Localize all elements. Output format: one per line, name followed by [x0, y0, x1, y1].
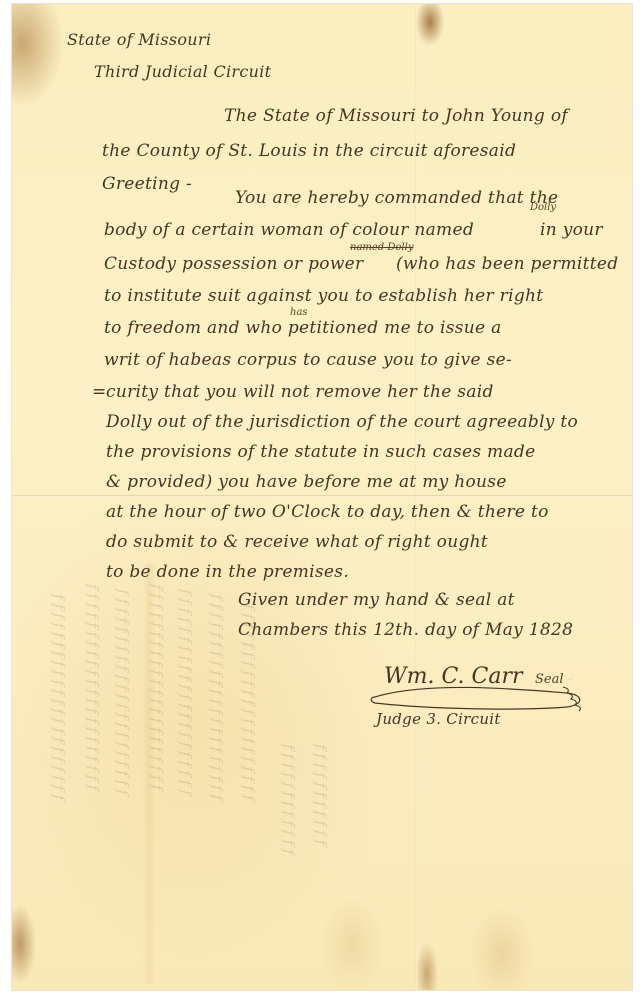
- body-line: The State of Missouri to John Young of: [224, 108, 568, 125]
- header-circuit: Third Judicial Circuit: [94, 64, 271, 80]
- insertion-dolly: Dolly: [530, 202, 556, 213]
- body-line: You are hereby commanded that the: [235, 190, 558, 207]
- bleed-through-writing: ffffffffffffffffffffff: [208, 594, 226, 974]
- bleed-through-writing: fffffffffff: [312, 744, 330, 984]
- document-page: ffffffffffffffffffffff fffffffffffffffff…: [12, 4, 632, 990]
- bleed-through-writing: ffffffffffffffffffffff: [50, 594, 68, 974]
- body-line: to institute suit against you to establi…: [104, 288, 543, 305]
- bleed-through-writing: ffffffffffffffffffffff: [148, 584, 166, 964]
- body-line: to freedom and who petitioned me to issu…: [104, 320, 502, 337]
- body-line: body of a certain woman of colour named: [104, 222, 474, 239]
- header-state: State of Missouri: [67, 32, 211, 48]
- body-line: do submit to & receive what of right oug…: [106, 534, 488, 551]
- body-line: Dolly out of the jurisdiction of the cou…: [106, 414, 578, 431]
- closing-line: Chambers this 12th. day of May 1828: [238, 622, 573, 639]
- body-line: & provided) you have before me at my hou…: [106, 474, 507, 491]
- bleed-through-writing: ffffffffffffffffffffff: [84, 584, 102, 964]
- body-line: Greeting -: [102, 176, 192, 193]
- bleed-through-writing: fffffffffffffffffffff: [240, 604, 258, 964]
- closing-line: Given under my hand & seal at: [238, 592, 515, 609]
- body-line-tail: (who has been permitted: [396, 256, 618, 273]
- margin-hyphen: =: [92, 384, 107, 401]
- insertion-has: has: [290, 307, 308, 318]
- bleed-through-writing: ffffffffffffffffffffff: [114, 589, 132, 969]
- struck-text: named Dolly: [350, 242, 413, 253]
- body-line: Custody possession or power: [104, 256, 363, 273]
- body-line: the provisions of the statute in such ca…: [106, 444, 535, 461]
- bleed-through-writing: ffffffffffffffffffffff: [177, 589, 195, 969]
- body-line: curity that you will not remove her the …: [106, 384, 494, 401]
- body-line: the County of St. Louis in the circuit a…: [102, 143, 516, 160]
- body-line: to be done in the premises.: [106, 564, 349, 581]
- body-line-tail: in your: [540, 222, 603, 239]
- bleed-through-writing: ffffffffffff: [280, 744, 298, 984]
- signature-title: Judge 3. Circuit: [376, 712, 501, 727]
- body-line: at the hour of two O'Clock to day, then …: [106, 504, 549, 521]
- horizontal-fold-line: [12, 495, 632, 497]
- body-line: writ of habeas corpus to cause you to gi…: [104, 352, 512, 369]
